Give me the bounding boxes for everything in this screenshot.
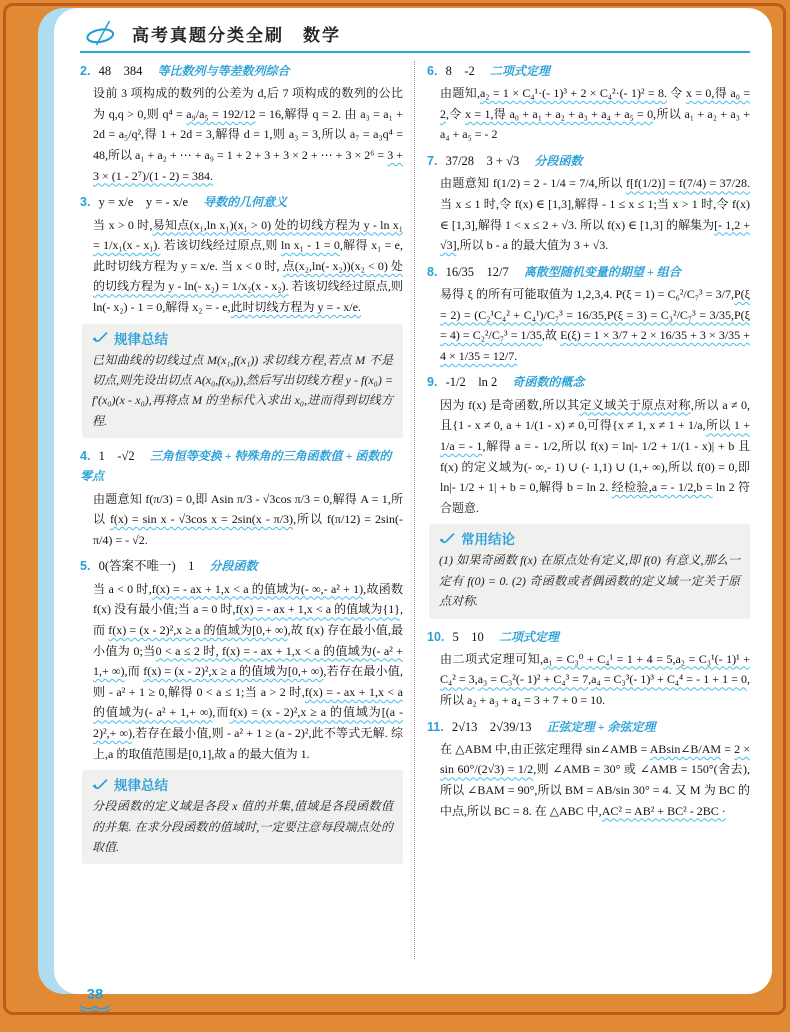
answer-item-4: 4. 1 -√2 三角恒等变换 + 特殊角的三角函数值 + 函数的零点 由题意知… [80, 446, 403, 550]
item-answer: 1 -√2 [99, 449, 135, 463]
answer-item-2: 2. 48 384 等比数列与等差数列综合 设前 3 项构成的数列的公差为 d,… [80, 61, 403, 186]
item-heading: 11. 2√13 2√39/13 正弦定理 + 余弦定理 [427, 717, 750, 737]
item-solution: 因为 f(x) 是奇函数,所以其定义域关于原点对称,所以 a ≠ 0,且{1 -… [440, 395, 750, 519]
brand-logo-icon [84, 20, 122, 46]
conclusion-box-title: 常用结论 [439, 528, 740, 548]
item-heading: 9. -1/2 ln 2 奇函数的概念 [427, 372, 750, 392]
summary-box-text: 分段函数的定义域是各段 x 值的并集,值域是各段函数值的并集. 在求分段函数的值… [92, 796, 393, 857]
item-number: 9. [427, 375, 437, 389]
conclusion-box-text: (1) 如果奇函数 f(x) 在原点处有定义,即 f(0) 有意义,那么一定有 … [439, 550, 740, 611]
item-solution: 当 x > 0 时,易知点(x₁,ln x₁)(x₁ > 0) 处的切线方程为 … [93, 215, 403, 318]
conclusion-box-label: 常用结论 [461, 528, 515, 548]
content-columns: 2. 48 384 等比数列与等差数列综合 设前 3 项构成的数列的公差为 d,… [80, 61, 750, 959]
item-topic-tag: 分段函数 [534, 154, 582, 168]
item-number: 6. [427, 64, 437, 78]
summary-box-text: 已知曲线的切线过点 M(x₁,f(x₁)) 求切线方程,若点 M 不是切点,则先… [92, 350, 393, 432]
book-title: 高考真题分类全刷 数学 [132, 21, 341, 46]
answer-item-7: 7. 37/28 3 + √3 分段函数 由题意知 f(1/2) = 2 - 1… [427, 151, 750, 256]
item-heading: 4. 1 -√2 三角恒等变换 + 特殊角的三角函数值 + 函数的零点 [80, 446, 403, 486]
item-heading: 8. 16/35 12/7 离散型随机变量的期望 + 组合 [427, 262, 750, 282]
answer-item-5: 5. 0(答案不唯一) 1 分段函数 当 a < 0 时,f(x) = - ax… [80, 556, 403, 764]
item-heading: 3. y = x/e y = - x/e 导数的几何意义 [80, 192, 403, 212]
summary-box-label: 规律总结 [114, 774, 168, 794]
item-solution: 由二项式定理可知,a₁ = C₃⁰ + C₄¹ = 1 + 4 = 5,a₂ =… [440, 649, 750, 711]
item-topic-tag: 离散型随机变量的期望 + 组合 [524, 265, 681, 279]
item-number: 5. [80, 559, 90, 573]
item-topic-tag: 二项式定理 [490, 64, 550, 78]
item-answer: 0(答案不唯一) 1 [99, 559, 195, 573]
item-number: 8. [427, 265, 437, 279]
page-number: 38 [78, 987, 112, 1002]
item-solution: 设前 3 项构成的数列的公差为 d,后 7 项构成的数列的公比为 q,q > 0… [93, 83, 403, 186]
brush-check-icon [439, 532, 456, 545]
book-page: 高考真题分类全刷 数学 2. 48 384 等比数列与等差数列综合 设前 3 项… [54, 8, 772, 994]
item-number: 10. [427, 630, 444, 644]
page-number-block: 38 [78, 987, 112, 1020]
summary-box-title: 规律总结 [92, 328, 393, 348]
item-answer: y = x/e y = - x/e [99, 195, 188, 209]
item-topic-tag: 正弦定理 + 余弦定理 [547, 720, 656, 734]
item-answer: -1/2 ln 2 [446, 375, 498, 389]
item-answer: 16/35 12/7 [446, 265, 509, 279]
answer-item-3: 3. y = x/e y = - x/e 导数的几何意义 当 x > 0 时,易… [80, 192, 403, 317]
summary-box-label: 规律总结 [114, 328, 168, 348]
answer-item-8: 8. 16/35 12/7 离散型随机变量的期望 + 组合 易得 ξ 的所有可能… [427, 262, 750, 367]
item-solution: 由题意知 f(1/2) = 2 - 1/4 = 7/4,所以 f[f(1/2)]… [440, 173, 750, 256]
item-topic-tag: 二项式定理 [499, 630, 559, 644]
item-solution: 易得 ξ 的所有可能取值为 1,2,3,4. P(ξ = 1) = C₆²/C₇… [440, 284, 750, 367]
item-heading: 2. 48 384 等比数列与等差数列综合 [80, 61, 403, 81]
answer-item-6: 6. 8 -2 二项式定理 由题知,a₂ = 1 × C₄¹·(- 1)³ + … [427, 61, 750, 145]
item-answer: 2√13 2√39/13 [452, 720, 532, 734]
item-number: 4. [80, 449, 90, 463]
answer-item-9: 9. -1/2 ln 2 奇函数的概念 因为 f(x) 是奇函数,所以其定义域关… [427, 372, 750, 518]
item-topic-tag: 等比数列与等差数列综合 [157, 64, 289, 78]
item-topic-tag: 分段函数 [210, 559, 258, 573]
left-column: 2. 48 384 等比数列与等差数列综合 设前 3 项构成的数列的公差为 d,… [80, 61, 415, 959]
item-solution: 由题意知 f(π/3) = 0,即 Asin π/3 - √3cos π/3 =… [93, 489, 403, 551]
item-topic-tag: 导数的几何意义 [203, 195, 287, 209]
item-answer: 37/28 3 + √3 [446, 154, 520, 168]
item-heading: 10. 5 10 二项式定理 [427, 627, 750, 647]
brush-check-icon [92, 331, 109, 344]
answer-item-10: 10. 5 10 二项式定理 由二项式定理可知,a₁ = C₃⁰ + C₄¹ =… [427, 627, 750, 711]
summary-box-title: 规律总结 [92, 774, 393, 794]
item-number: 11. [427, 720, 444, 734]
item-number: 2. [80, 64, 90, 78]
answer-item-11: 11. 2√13 2√39/13 正弦定理 + 余弦定理 在 △ABM 中,由正… [427, 717, 750, 822]
right-column: 6. 8 -2 二项式定理 由题知,a₂ = 1 × C₄¹·(- 1)³ + … [415, 61, 750, 959]
summary-box-2: 规律总结 分段函数的定义域是各段 x 值的并集,值域是各段函数值的并集. 在求分… [82, 770, 403, 864]
conclusion-box: 常用结论 (1) 如果奇函数 f(x) 在原点处有定义,即 f(0) 有意义,那… [429, 524, 750, 618]
item-solution: 由题知,a₂ = 1 × C₄¹·(- 1)³ + 2 × C₄²·(- 1)²… [440, 83, 750, 145]
item-solution: 当 a < 0 时,f(x) = - ax + 1,x < a 的值域为(- ∞… [93, 579, 403, 765]
page-header: 高考真题分类全刷 数学 [80, 18, 750, 53]
open-book-icon [78, 1003, 112, 1015]
item-heading: 6. 8 -2 二项式定理 [427, 61, 750, 81]
brush-check-icon [92, 778, 109, 791]
item-topic-tag: 奇函数的概念 [512, 375, 584, 389]
item-answer: 48 384 [99, 64, 143, 78]
item-number: 7. [427, 154, 437, 168]
item-answer: 8 -2 [446, 64, 475, 78]
summary-box-1: 规律总结 已知曲线的切线过点 M(x₁,f(x₁)) 求切线方程,若点 M 不是… [82, 324, 403, 439]
item-answer: 5 10 [453, 630, 484, 644]
item-solution: 在 △ABM 中,由正弦定理得 sin∠AMB = ABsin∠B/AM = 2… [440, 739, 750, 822]
item-heading: 7. 37/28 3 + √3 分段函数 [427, 151, 750, 171]
item-number: 3. [80, 195, 90, 209]
item-heading: 5. 0(答案不唯一) 1 分段函数 [80, 556, 403, 576]
